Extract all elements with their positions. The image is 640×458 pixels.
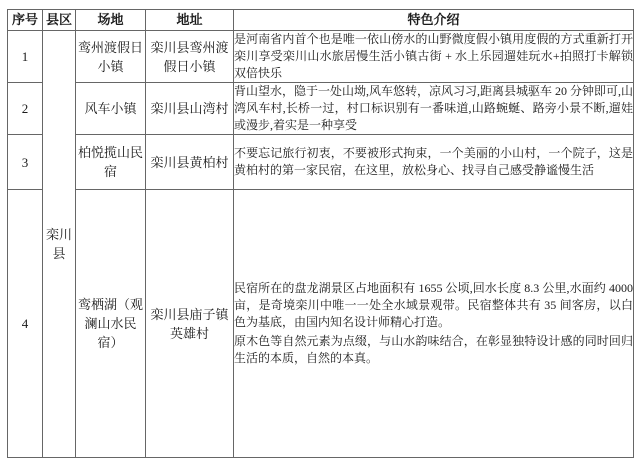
feature-paragraph: 不要忘记旅行初衷，不要被形式拘束，一个美丽的小山村，一个院子，这是黄柏村的第一家…: [234, 145, 633, 179]
table-row-2: 2 风车小镇 栾川县山湾村 背山望水，隐于一处山坳,风车悠转，凉风习习,距离县城…: [8, 83, 634, 135]
feature-paragraph: 民宿所在的盘龙湖景区占地面积有 1655 公顷,回水长度 8.3 公里,水面约 …: [234, 280, 633, 331]
table-row-4: 4 鸾栖湖（观澜山水民宿） 栾川县庙子镇英雄村 民宿所在的盘龙湖景区占地面积有 …: [8, 190, 634, 458]
cell-feature: 民宿所在的盘龙湖景区占地面积有 1655 公顷,回水长度 8.3 公里,水面约 …: [234, 190, 634, 458]
cell-address: 栾川县黄柏村: [146, 135, 234, 190]
cell-venue: 鸾栖湖（观澜山水民宿）: [76, 190, 146, 458]
column-header-county: 县区: [43, 10, 76, 31]
cell-no: 2: [8, 83, 43, 135]
cell-address: 栾川县山湾村: [146, 83, 234, 135]
cell-venue: 鸾州渡假日小镇: [76, 31, 146, 83]
feature-paragraph: 背山望水，隐于一处山坳,风车悠转，凉风习习,距离县城驱车 20 分钟即可,山湾风…: [234, 83, 633, 134]
header-row: 序号 县区 场地 地址 特色介绍: [8, 10, 634, 31]
cell-venue: 风车小镇: [76, 83, 146, 135]
table-row-1: 1 栾川县 鸾州渡假日小镇 栾川县鸾州渡假日小镇 是河南省内首个也是唯一依山傍水…: [8, 31, 634, 83]
cell-feature: 不要忘记旅行初衷，不要被形式拘束，一个美丽的小山村，一个院子，这是黄柏村的第一家…: [234, 135, 634, 190]
cell-address: 栾川县鸾州渡假日小镇: [146, 31, 234, 83]
venues-table: 序号 县区 场地 地址 特色介绍 1 栾川县 鸾州渡假日小镇 栾川县鸾州渡假日小…: [7, 9, 634, 458]
table-row-3: 3 柏悦揽山民宿 栾川县黄柏村 不要忘记旅行初衷，不要被形式拘束，一个美丽的小山…: [8, 135, 634, 190]
cell-no: 4: [8, 190, 43, 458]
cell-feature: 是河南省内首个也是唯一依山傍水的山野微度假小镇用度假的方式重新打开栾川享受栾川山…: [234, 31, 634, 83]
column-header-feature: 特色介绍: [234, 10, 634, 31]
cell-no: 3: [8, 135, 43, 190]
column-header-venue: 场地: [76, 10, 146, 31]
cell-venue: 柏悦揽山民宿: [76, 135, 146, 190]
column-header-address: 地址: [146, 10, 234, 31]
column-header-no: 序号: [8, 10, 43, 31]
cell-address: 栾川县庙子镇英雄村: [146, 190, 234, 458]
feature-paragraph: 原木色等自然元素为点缀，与山水韵味结合，在彰显独特设计感的同时回归生活的本质，自…: [234, 333, 633, 367]
cell-no: 1: [8, 31, 43, 83]
cell-feature: 背山望水，隐于一处山坳,风车悠转，凉风习习,距离县城驱车 20 分钟即可,山湾风…: [234, 83, 634, 135]
feature-paragraph: 是河南省内首个也是唯一依山傍水的山野微度假小镇用度假的方式重新打开栾川享受栾川山…: [234, 31, 633, 82]
cell-county-merged: 栾川县: [43, 31, 76, 458]
